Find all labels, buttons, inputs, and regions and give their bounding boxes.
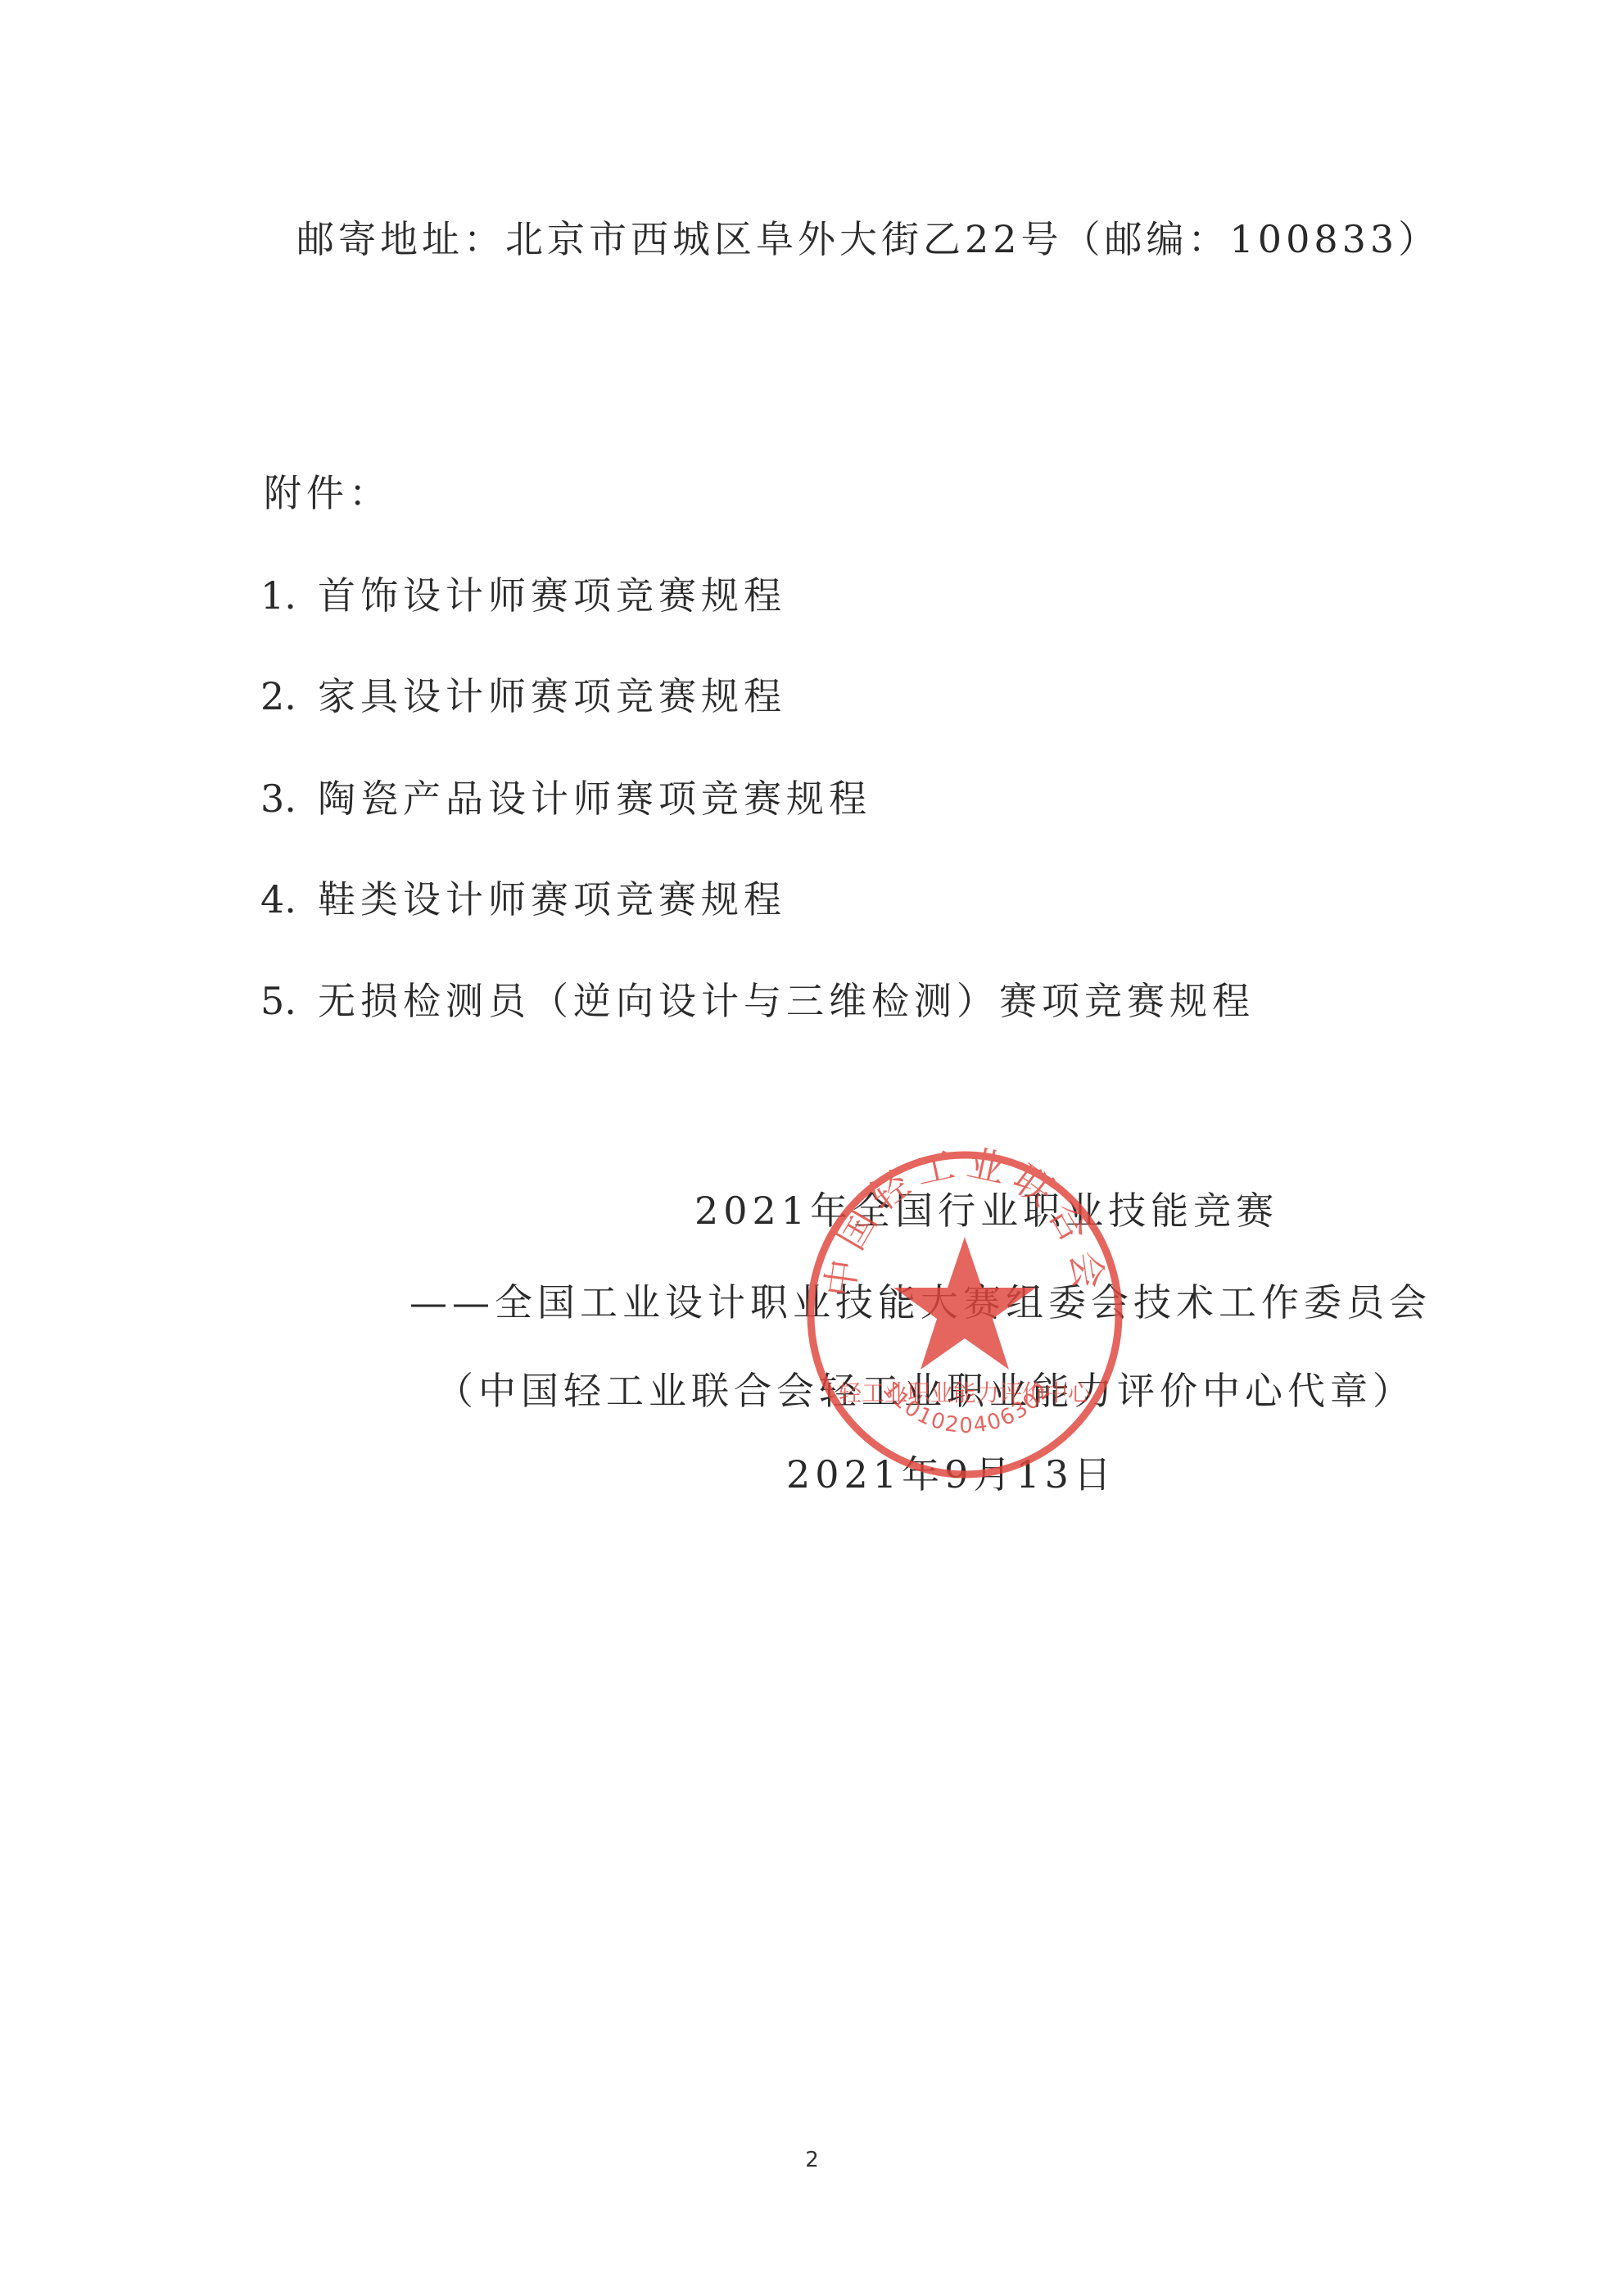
attachment-title: 鞋类设计师赛项竞赛规程	[318, 877, 786, 922]
mailing-address: 邮寄地址：北京市西城区阜外大街乙22号（邮编：100833）	[296, 215, 1440, 264]
attachments-heading: 附件：	[264, 469, 391, 518]
attachment-number: 3.	[260, 774, 318, 823]
attachment-title: 陶瓷产品设计师赛项竞赛规程	[318, 777, 871, 821]
signature-proxy-seal-note: （中国轻工业联合会轻工业职业能力评价中心代章）	[436, 1366, 1415, 1415]
signature-organization: 2021年全国行业职业技能竞赛	[694, 1186, 1278, 1235]
signature-committee: ——全国工业设计职业技能大赛组委会技术工作委员会	[409, 1278, 1432, 1327]
attachment-item: 3.陶瓷产品设计师赛项竞赛规程	[260, 774, 871, 823]
signature-date: 2021年9月13日	[786, 1450, 1116, 1499]
attachment-number: 5.	[260, 976, 318, 1026]
attachment-title: 无损检测员（逆向设计与三维检测）赛项竞赛规程	[318, 979, 1255, 1023]
attachment-item: 2.家具设计师赛项竞赛规程	[260, 672, 786, 721]
attachment-number: 1.	[260, 571, 318, 620]
attachment-title: 首饰设计师赛项竞赛规程	[318, 573, 786, 618]
attachment-title: 家具设计师赛项竞赛规程	[318, 674, 786, 718]
attachment-number: 2.	[260, 672, 318, 721]
attachment-number: 4.	[260, 875, 318, 924]
attachment-item: 5.无损检测员（逆向设计与三维检测）赛项竞赛规程	[260, 976, 1255, 1026]
page-number: 2	[0, 2148, 1624, 2172]
attachment-item: 1.首饰设计师赛项竞赛规程	[260, 571, 786, 620]
attachment-item: 4.鞋类设计师赛项竞赛规程	[260, 875, 786, 924]
